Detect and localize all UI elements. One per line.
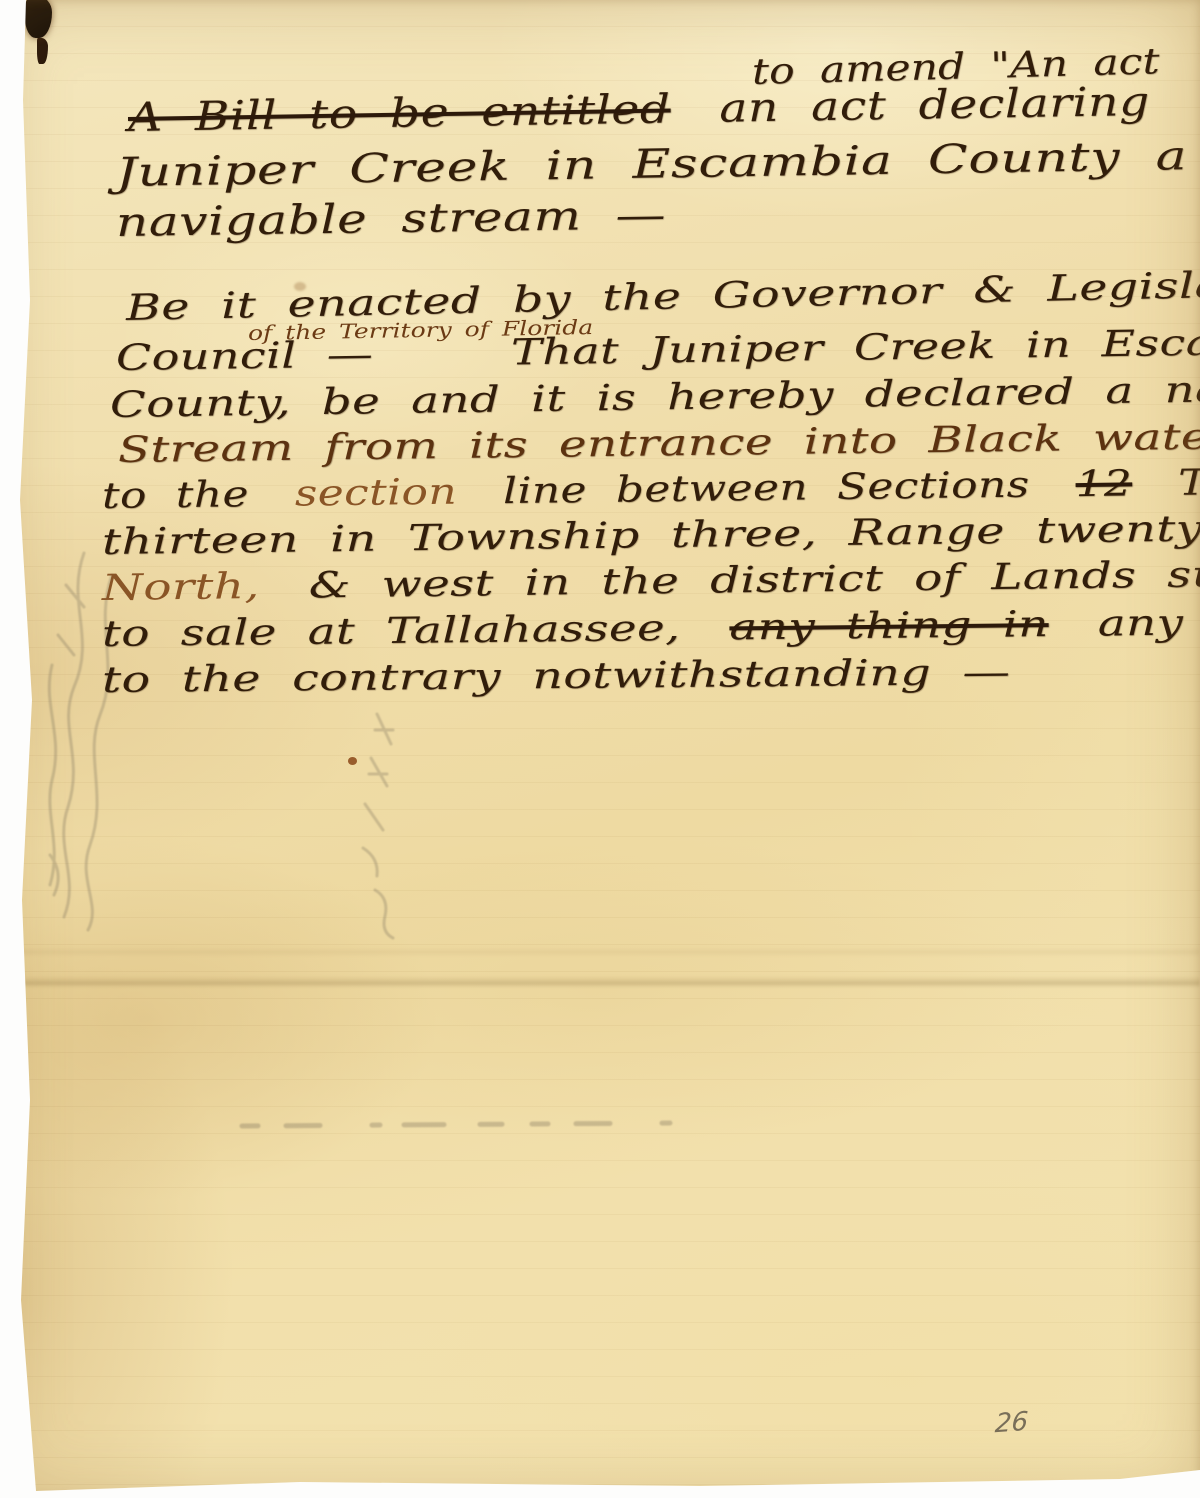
body-text: to the contrary notwithstanding — xyxy=(102,652,1011,701)
body-text: to the xyxy=(102,474,249,517)
struck-body-text: any thing in xyxy=(729,604,1049,648)
body-text: Twelve and xyxy=(1178,460,1200,504)
pencil-figures-icon xyxy=(335,700,445,940)
body-text: to sale at Tallahassee, xyxy=(102,608,681,655)
body-line-7: North, & west in the district of Lands s… xyxy=(102,553,1200,609)
struck-body-text: 12 xyxy=(1075,463,1132,505)
body-line-1: Be it enacted by the Governor & Legislat… xyxy=(126,263,1200,329)
ink-blot xyxy=(25,0,52,38)
body-text: line between Sections xyxy=(503,465,1030,512)
title-line-1: A Bill to be entitled an act declaring xyxy=(128,79,1151,141)
struck-title-text: A Bill to be entitled xyxy=(128,86,671,141)
body-text: Council — xyxy=(116,334,374,379)
body-text: Be it enacted by the Governor & Legislat… xyxy=(126,263,1200,329)
faded-body-text: North, xyxy=(102,566,260,609)
body-line-8: to sale at Tallahassee, any thing in any… xyxy=(102,601,1200,655)
faded-body-text: section xyxy=(295,472,458,515)
title-line-3: navigable stream — xyxy=(116,192,667,246)
title-text: Juniper Creek in Escambia County a xyxy=(116,133,1188,196)
title-line-2: Juniper Creek in Escambia County a xyxy=(116,133,1188,196)
body-line-9: to the contrary notwithstanding — xyxy=(102,652,1011,701)
fold-crease-faint xyxy=(20,948,1200,956)
scan-background: to amend "An act A Bill to be entitled a… xyxy=(0,0,1200,1498)
title-text: an act declaring xyxy=(719,79,1150,132)
title-text: navigable stream — xyxy=(116,192,667,246)
body-text: any law xyxy=(1097,601,1200,644)
body-text: That Juniper Creek in Escambia xyxy=(511,321,1200,373)
body-text: & west in the district of Lands subject xyxy=(308,553,1200,607)
manuscript-page: to amend "An act A Bill to be entitled a… xyxy=(0,0,1200,1498)
fold-crease xyxy=(20,976,1200,988)
page-number: 26 xyxy=(994,1407,1029,1440)
smudge-dashes-icon xyxy=(238,1112,678,1138)
